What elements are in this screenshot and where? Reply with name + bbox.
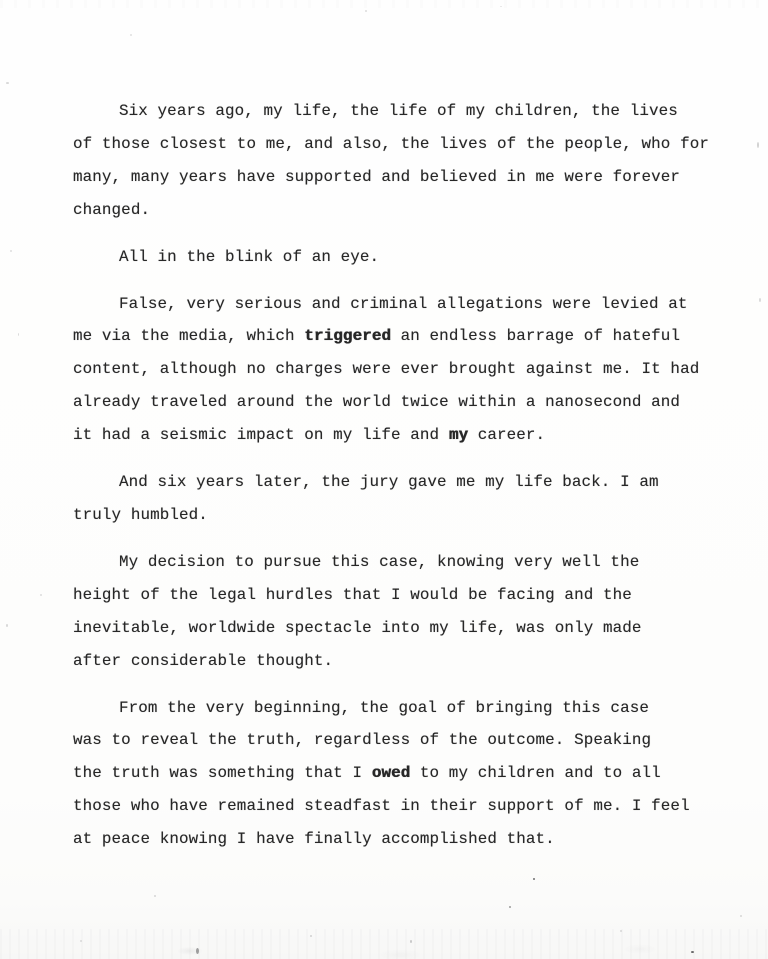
text-line: after considerable thought. xyxy=(73,645,745,678)
scan-speck xyxy=(410,940,412,943)
text-line: the truth was something that I owed to m… xyxy=(73,757,745,790)
text-line: me via the media, which triggered an end… xyxy=(73,320,745,353)
text-segment: it had a seismic impact on my life and xyxy=(73,426,449,444)
text-segment-bold: owed xyxy=(372,764,411,782)
scan-speck xyxy=(365,10,367,12)
scan-speck xyxy=(691,951,694,953)
text-line: those who have remained steadfast in the… xyxy=(73,790,745,823)
text-line: it had a seismic impact on my life and m… xyxy=(73,419,745,452)
paragraph-2: All in the blink of an eye. xyxy=(73,241,745,274)
text-segment: an endless barrage of hateful xyxy=(391,327,680,345)
text-line: False, very serious and criminal allegat… xyxy=(73,288,745,321)
text-line: at peace knowing I have finally accompli… xyxy=(73,823,745,856)
text-line: inevitable, worldwide spectacle into my … xyxy=(73,612,745,645)
text-segment-bold: my xyxy=(449,426,468,444)
scan-speck xyxy=(80,940,82,942)
paragraph-1: Six years ago, my life, the life of my c… xyxy=(73,95,745,227)
scan-edge-noise-bottom xyxy=(0,929,768,959)
paragraph-3: False, very serious and criminal allegat… xyxy=(73,288,745,453)
text-line: Six years ago, my life, the life of my c… xyxy=(73,95,745,128)
paragraph-6: From the very beginning, the goal of bri… xyxy=(73,692,745,857)
text-segment: the truth was something that I xyxy=(73,764,372,782)
document-body: Six years ago, my life, the life of my c… xyxy=(73,95,745,870)
text-line: already traveled around the world twice … xyxy=(73,386,745,419)
text-segment: me via the media, which xyxy=(73,327,304,345)
paragraph-5: My decision to pursue this case, knowing… xyxy=(73,546,745,678)
scan-speck xyxy=(6,624,8,627)
scan-speck xyxy=(154,895,156,897)
scan-speck xyxy=(759,298,761,302)
scan-edge-noise-top xyxy=(0,0,768,8)
scan-speck xyxy=(18,333,19,336)
scan-speck xyxy=(130,34,132,36)
scan-speck xyxy=(10,250,12,252)
scan-speck xyxy=(620,930,622,932)
text-line: From the very beginning, the goal of bri… xyxy=(73,692,745,725)
scan-speck xyxy=(500,6,502,7)
text-line: many, many years have supported and beli… xyxy=(73,161,745,194)
text-line: was to reveal the truth, regardless of t… xyxy=(73,724,745,757)
scan-speck xyxy=(757,142,759,148)
text-line: of those closest to me, and also, the li… xyxy=(73,128,745,161)
scan-speck xyxy=(40,594,42,596)
scan-speck xyxy=(196,948,199,954)
scan-speck xyxy=(533,878,535,880)
text-line: content, although no charges were ever b… xyxy=(73,353,745,386)
text-segment: career. xyxy=(468,426,545,444)
text-segment-bold: triggered xyxy=(304,327,391,345)
text-line: My decision to pursue this case, knowing… xyxy=(73,546,745,579)
scan-speck xyxy=(509,906,511,908)
document-page: Six years ago, my life, the life of my c… xyxy=(0,0,768,959)
text-line: truly humbled. xyxy=(73,499,745,532)
text-line: All in the blink of an eye. xyxy=(73,241,745,274)
scan-speck xyxy=(310,935,312,937)
scan-speck xyxy=(740,915,742,917)
text-line: height of the legal hurdles that I would… xyxy=(73,579,745,612)
text-line: changed. xyxy=(73,194,745,227)
scan-speck xyxy=(6,82,9,84)
text-segment: to my children and to all xyxy=(410,764,661,782)
text-line: And six years later, the jury gave me my… xyxy=(73,466,745,499)
paragraph-4: And six years later, the jury gave me my… xyxy=(73,466,745,532)
